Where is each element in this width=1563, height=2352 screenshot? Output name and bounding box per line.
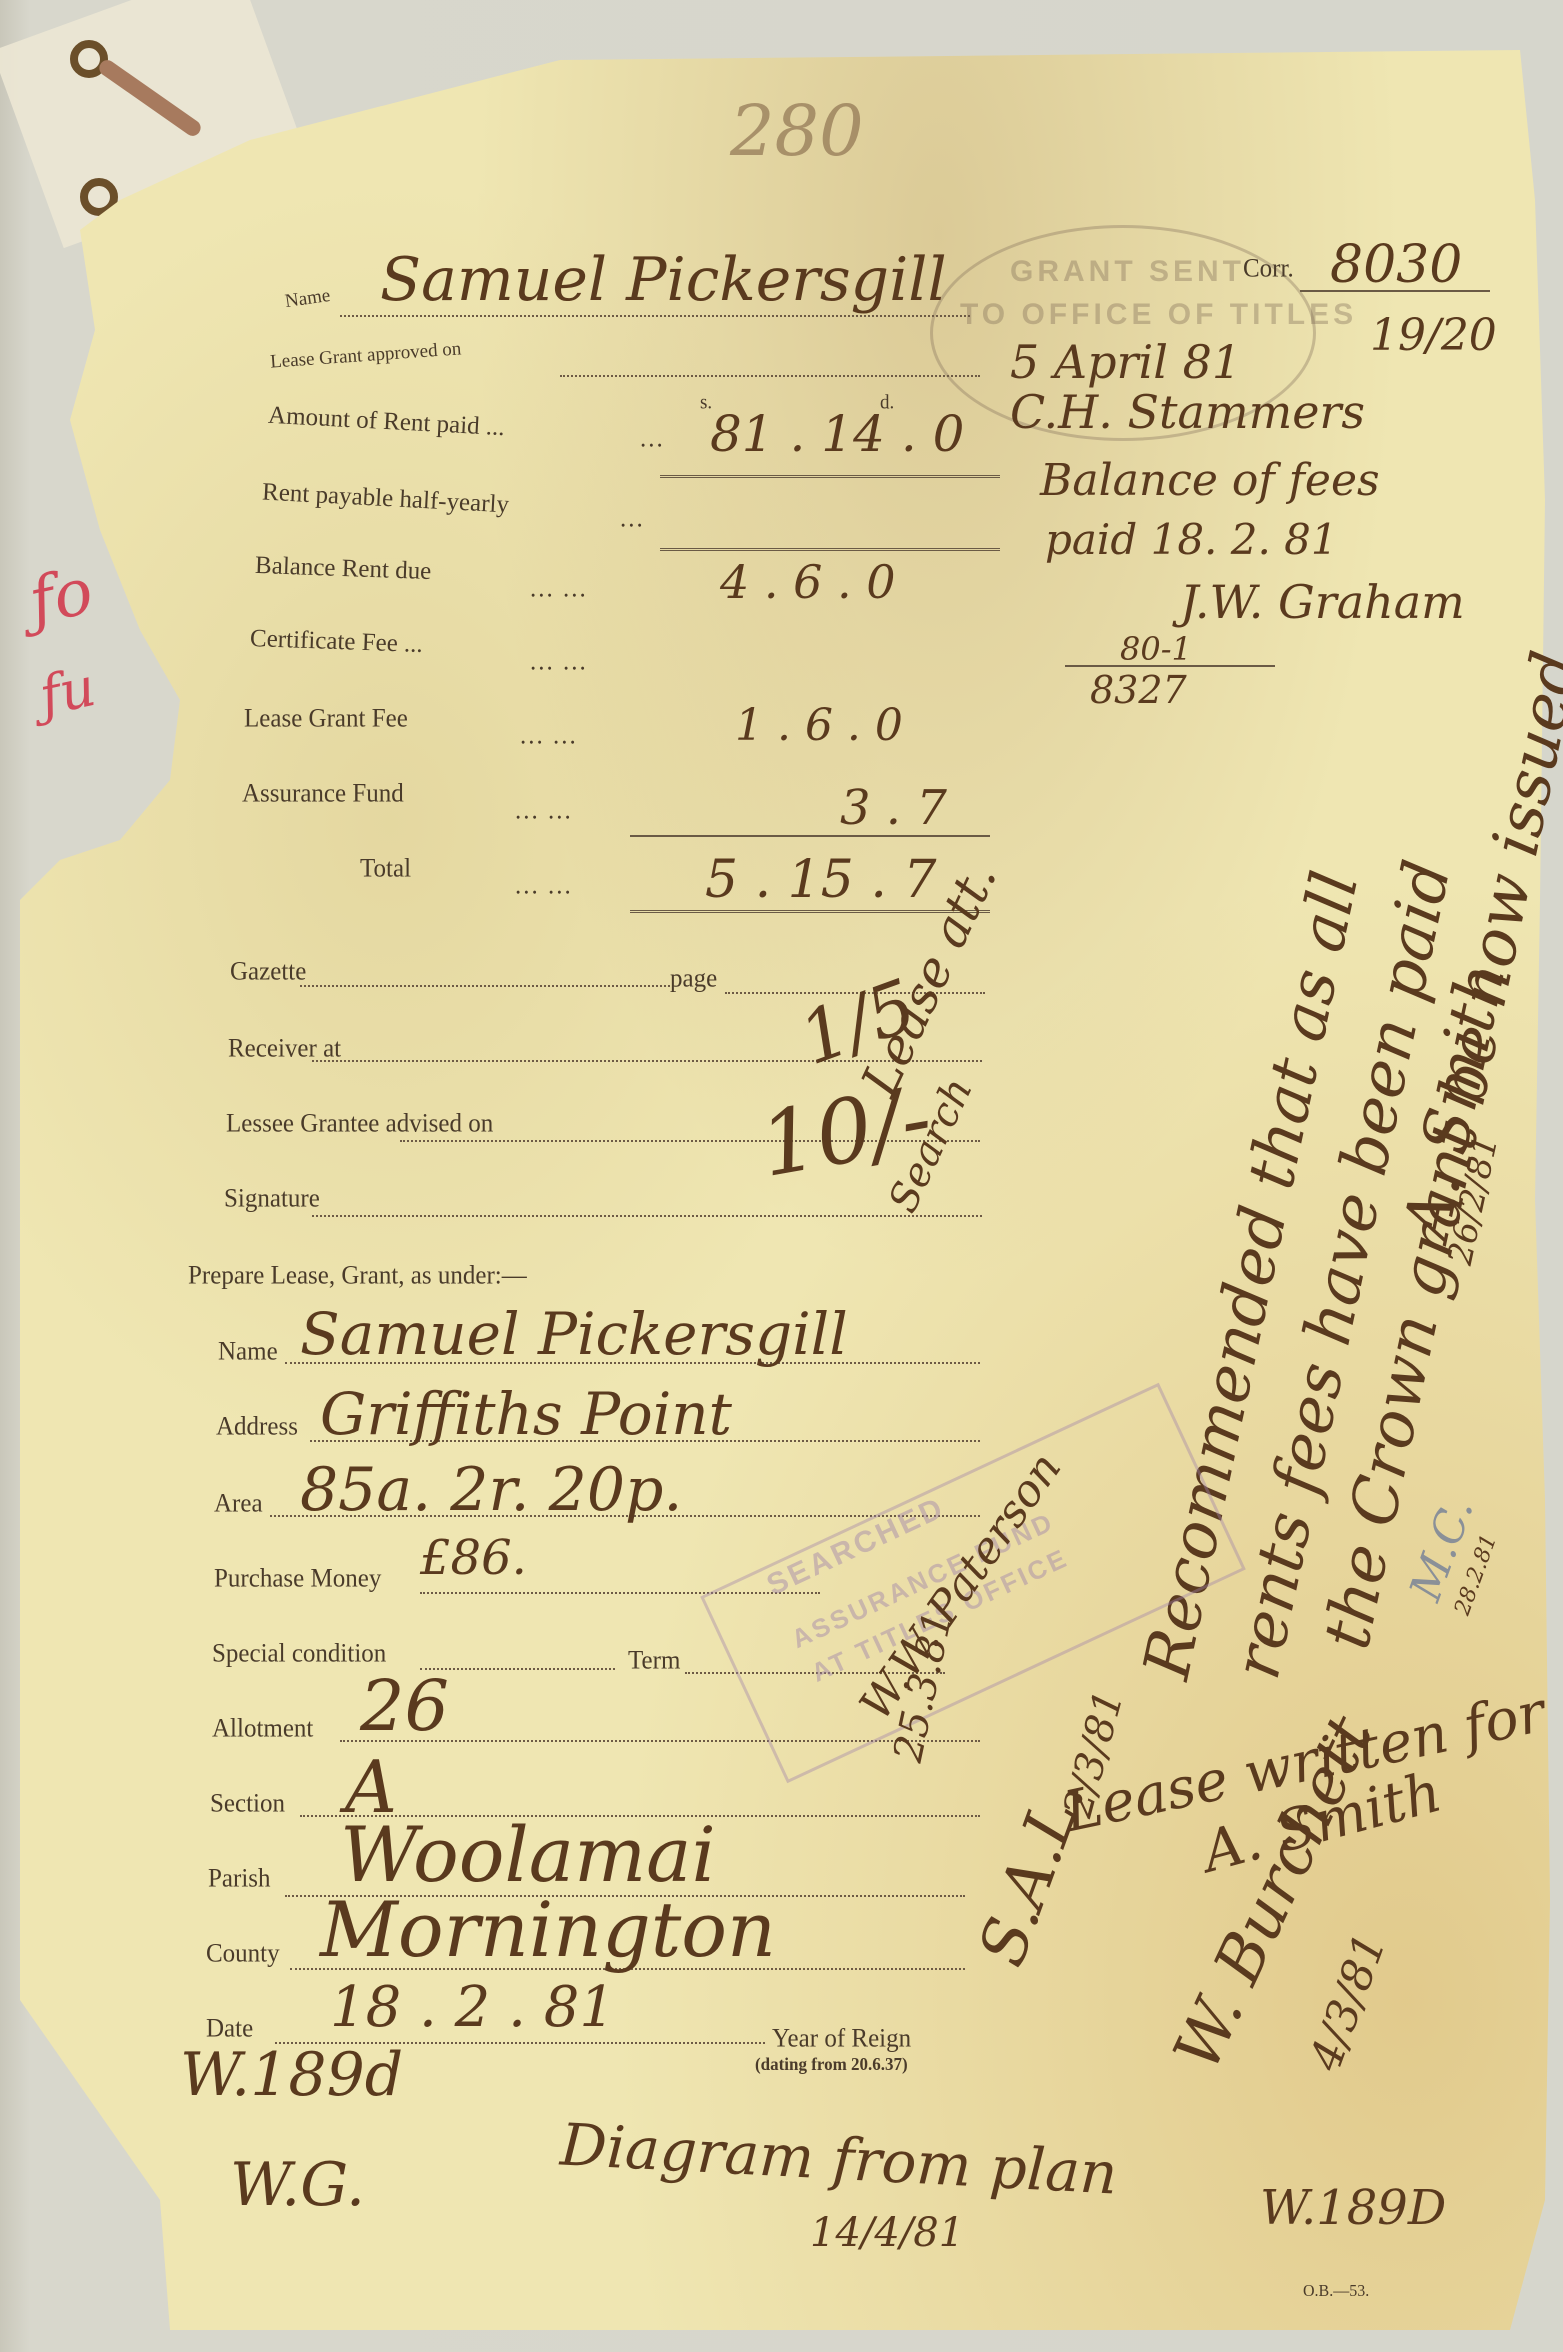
field-value-county: Mornington [320,1885,776,1974]
fee-dots: ... [640,424,665,453]
field-value-allotment: 26 [360,1665,449,1747]
fraction-bottom: 8327 [1090,668,1187,712]
corr-value: 8030 [1330,235,1462,295]
office-stamp-line2: TO OFFICE OF TITLES [960,298,1357,332]
w-reference-left: W.189d [180,2040,403,2110]
advised-label: Lessee Grantee advised on [226,1109,493,1138]
balance-note-line2: paid 18. 2. 81 [1045,515,1338,564]
field-label-parish: Parish [208,1864,271,1893]
fee-label-total: Total [360,854,411,883]
folio-number: 280 [730,90,864,172]
fee-value-balance-rent: 4 . 6 . 0 [720,555,896,609]
field-label-purchase: Purchase Money [214,1564,381,1593]
signature-graham: J.W. Graham [1180,575,1465,629]
field-label-address: Address [216,1412,298,1441]
corr-line [1300,290,1490,292]
field-value-purchase: £86. [420,1530,527,1586]
name-line [340,315,970,317]
fraction-bar [1065,665,1275,667]
fee-label-certificate: Certificate Fee ... [250,625,424,659]
fee-value-rent-paid: 81 . 14 . 0 [710,405,964,463]
term-label: Term [628,1646,680,1675]
fee-dots: ... ... [530,574,588,603]
corr-label: Corr. [1243,254,1294,283]
gazette-label: Gazette [230,957,306,986]
name-value: Samuel Pickersgill [380,245,947,315]
signature-stammers: C.H. Stammers [1010,385,1365,439]
corr-sub-value: 19/20 [1370,310,1497,361]
form-code: O.B.—53. [1303,2283,1369,2302]
initials-wg: W.G. [230,2150,365,2220]
field-value-name: Samuel Pickersgill [300,1300,848,1368]
fee-dots: ... [620,504,645,533]
fee-rule [660,548,1000,555]
field-label-area: Area [214,1489,263,1518]
field-line [420,1668,615,1670]
office-stamp-line1: GRANT SENT [1010,255,1245,289]
w-reference-right: W.189D [1260,2180,1446,2236]
balance-note-line1: Balance of fees [1040,455,1380,506]
fee-dots: ... ... [530,647,588,676]
approved-value: 5 April 81 [1010,335,1241,389]
fee-value-grant-fee: 1 . 6 . 0 [735,700,903,751]
diagram-date: 14/4/81 [810,2210,964,2256]
field-label-county: County [206,1939,280,1968]
field-label-name: Name [218,1337,278,1366]
fee-label-grant-fee: Lease Grant Fee [244,704,408,733]
gazette-line [300,985,670,987]
fee-dots: ... ... [515,871,573,900]
fee-rule [630,835,990,837]
fraction-top: 80-1 [1120,630,1192,668]
fee-value-total: 5 . 15 . 7 [705,850,937,910]
signature-label: Signature [224,1184,320,1213]
prepare-heading: Prepare Lease, Grant, as under:— [188,1261,527,1290]
field-value-address: Griffiths Point [320,1380,732,1448]
approved-line [560,375,980,377]
fee-label-assurance: Assurance Fund [242,779,404,808]
field-label-allotment: Allotment [212,1714,313,1743]
signature-line [312,1215,982,1217]
fee-value-assurance: 3 . 7 [840,780,947,836]
fee-rule [660,475,1000,482]
page-label: page [670,964,717,993]
field-value-area: 85a. 2r. 20p. [300,1455,683,1525]
fee-dots: ... ... [515,796,573,825]
fee-dots: ... ... [520,721,578,750]
field-value-date: 18 . 2 . 81 [330,1975,615,2040]
year-of-reign-sub: (dating from 20.6.37) [755,2055,908,2076]
field-label-section: Section [210,1789,285,1818]
year-of-reign-label: Year of Reign [772,2024,911,2053]
